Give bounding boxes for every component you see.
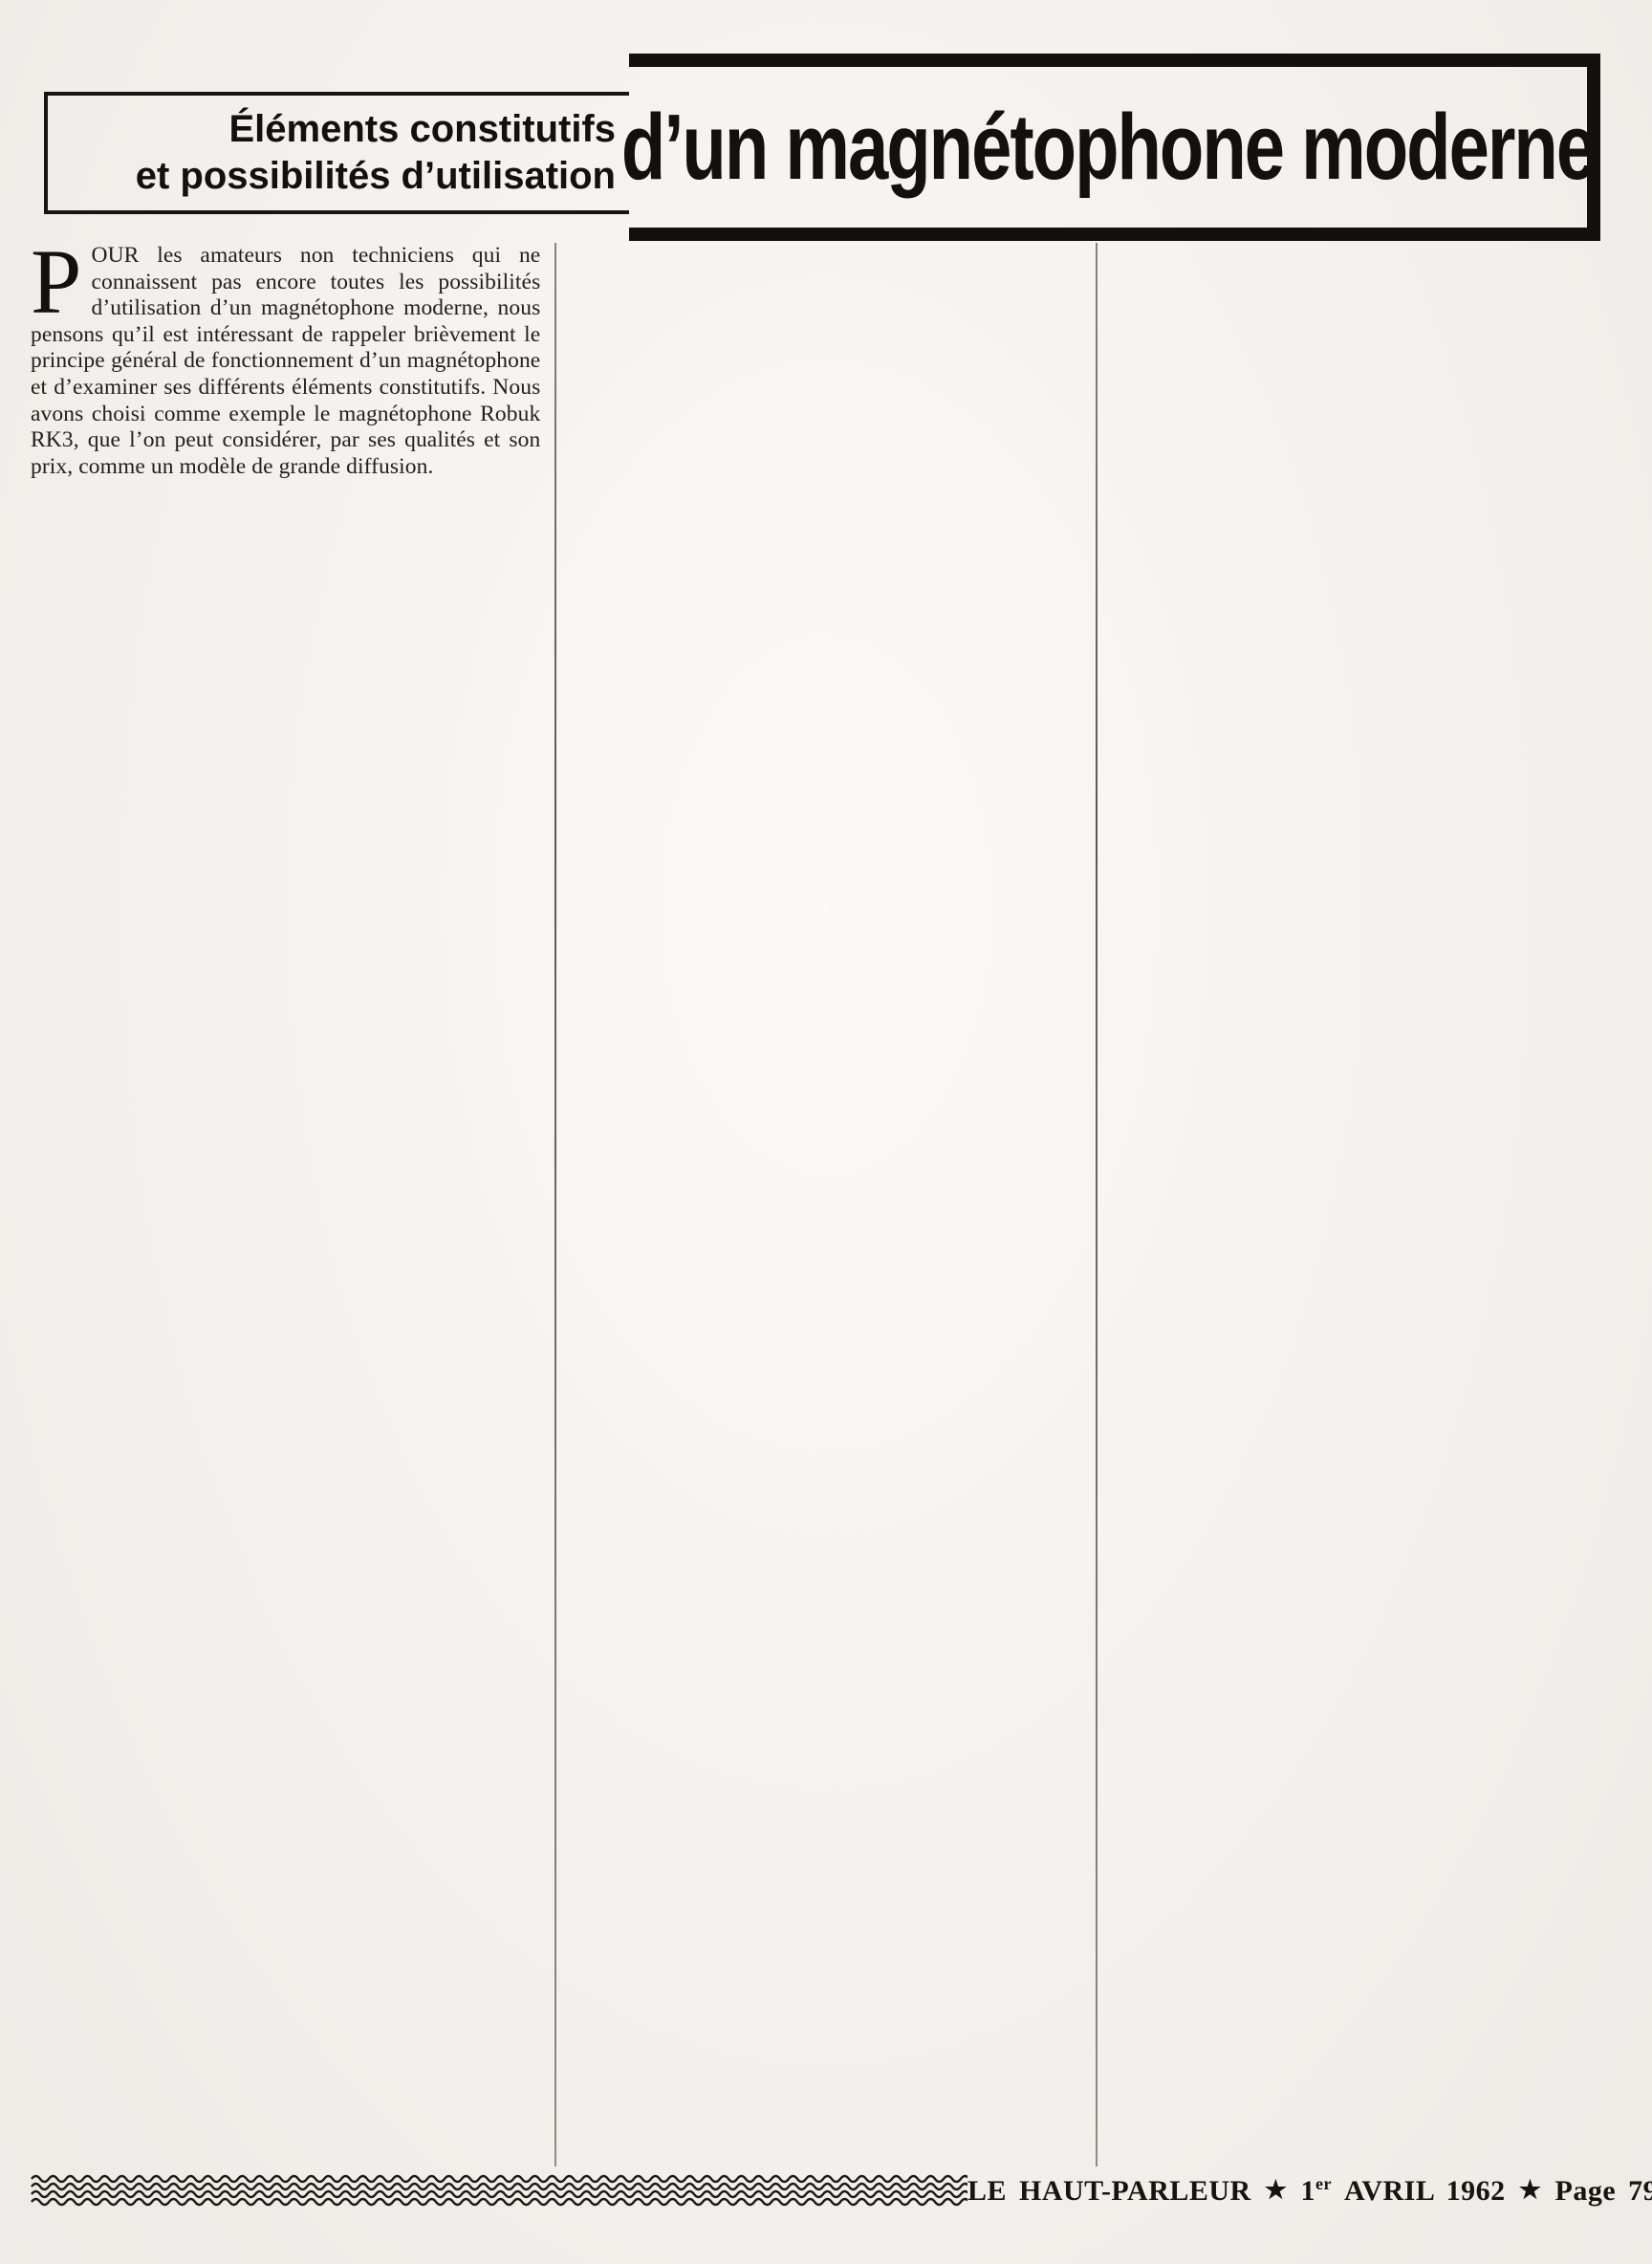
star-icon: ★ (1265, 2176, 1288, 2205)
header-kicker-line2: et possibilités d’utilisation (48, 153, 616, 200)
column-1: POUR les amateurs non techniciens qui ne… (29, 243, 554, 2166)
star-icon: ★ (1519, 2176, 1542, 2205)
magazine-name: LE HAUT-PARLEUR (967, 2175, 1251, 2208)
header-title-box: d’un magnétophone moderne (629, 54, 1600, 241)
drop-cap: P (31, 243, 92, 317)
page-number: Page 79 (1555, 2175, 1652, 2208)
wavy-divider (31, 2174, 967, 2207)
page-title: d’un magnétophone moderne (621, 94, 1595, 200)
header-kicker-line1: Éléments constitutifs (48, 106, 616, 153)
article-columns: POUR les amateurs non techniciens qui ne… (29, 243, 1623, 2166)
footer: LE HAUT-PARLEUR ★ 1er AVRIL 1962 ★ Page … (31, 2168, 1621, 2212)
paragraph-dropcap: POUR les amateurs non techniciens qui ne… (31, 243, 540, 480)
column-2 (556, 243, 1095, 2166)
header-kicker-box: Éléments constitutifs et possibilités d’… (44, 92, 629, 214)
issue-date: 1er AVRIL 1962 (1301, 2174, 1506, 2208)
magazine-page: Éléments constitutifs et possibilités d’… (0, 0, 1652, 2264)
footer-text: LE HAUT-PARLEUR ★ 1er AVRIL 1962 ★ Page … (967, 2174, 1652, 2208)
column-3 (1098, 243, 1623, 2166)
